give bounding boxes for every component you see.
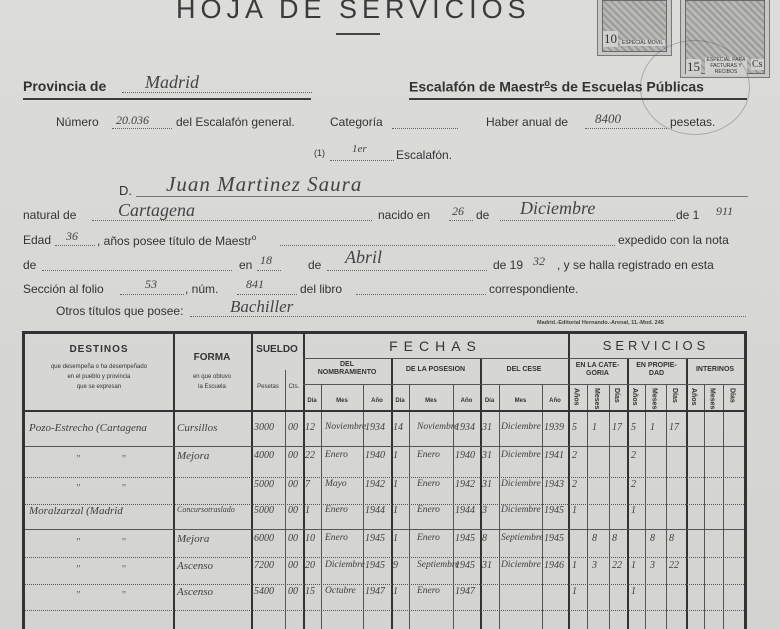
cell-pesetas: 6000 (254, 533, 274, 544)
cell-pos-mes: Enero (417, 533, 440, 543)
destinos-subheader: en el pueblo y provincia (25, 372, 173, 382)
escalafon-line (330, 160, 394, 161)
cell-cat-meses: 8 (592, 533, 597, 544)
note-marker: (1) (314, 148, 325, 158)
cell-cese-dia: 31 (482, 422, 492, 433)
natural-value: Cartagena (118, 200, 195, 221)
cell-nom-ano: 1934 (365, 422, 385, 433)
cell-nom-mes: Noviembre (325, 422, 366, 432)
cell-cese-mes: Diciembre (501, 422, 541, 432)
cell-nom-mes: Enero (325, 533, 348, 543)
cell-cat-anos: 1 (572, 586, 577, 597)
dias-subheader: Días (729, 388, 736, 403)
cell-cat-dias: 17 (612, 422, 622, 433)
cell-cat-anos: 1 (572, 505, 577, 516)
cell-cts: 00 (288, 586, 298, 597)
propiedad-header: EN PROPIE-DAD (627, 362, 686, 378)
cell-nom-dia: 1 (305, 505, 310, 516)
escalafon-general-label: del Escalafón general. (176, 115, 295, 129)
cell-cese-mes: Diciembre (501, 450, 541, 460)
stamp-text: ESPECIAL MOVIL (620, 40, 665, 46)
correspondiente-label: correspondiente. (489, 282, 578, 296)
escalafon-rule (409, 98, 747, 100)
libro-line (356, 294, 486, 295)
cell-cese-ano: 1945 (544, 505, 564, 516)
cell-nom-dia: 20 (305, 560, 315, 571)
dia-subheader: Día (480, 396, 499, 406)
cell-pos-mes: Septiembre (417, 560, 459, 570)
nacido-month-line (500, 220, 675, 221)
forma-subheader: la Escuela (173, 382, 251, 392)
cell-prop-anos: 1 (631, 586, 636, 597)
de-label: de (476, 208, 489, 222)
numero-label: Número (56, 115, 99, 129)
de2-label: de (23, 258, 36, 272)
escalafon-value: 1er (352, 143, 367, 155)
row-divider (303, 358, 744, 359)
cell-pos-dia: 1 (393, 533, 398, 544)
nacido-month: Diciembre (520, 198, 595, 219)
provincia-value: Madrid (145, 72, 199, 93)
cell-cts: 00 (288, 505, 298, 516)
nota-line (42, 270, 232, 271)
col-divider (499, 384, 500, 629)
cell-cts: 00 (288, 450, 298, 461)
cese-header: DEL CESE (480, 366, 568, 373)
de3-label: de (308, 258, 321, 272)
cell-forma: Concursotraslado (177, 505, 235, 514)
ditto-marks: ”” (75, 537, 166, 548)
ditto-marks: ”” (75, 564, 166, 575)
ditto-marks: ”” (75, 483, 166, 494)
anos-subheader: Años (573, 388, 580, 406)
cell-forma: Ascenso (177, 560, 213, 572)
cell-pos-ano: 1942 (455, 479, 475, 490)
nacido-day-line (449, 220, 473, 221)
cell-pos-ano: 1934 (455, 422, 475, 433)
servicios-table: DESTINOS que desempeña o ha desempeñado … (22, 331, 747, 629)
col-divider (285, 370, 286, 629)
cell-pos-dia: 1 (393, 450, 398, 461)
nacido-label: nacido en (378, 208, 430, 222)
col-divider (627, 358, 629, 629)
cell-nom-mes: Enero (325, 450, 348, 460)
folio-line (120, 294, 184, 295)
folio-value: 53 (145, 277, 157, 292)
destinos-subheader: que desempeña o ha desempeñado (25, 362, 173, 372)
publisher-note: Madrid.-Editorial Hernando.-Arenal, 11.-… (537, 320, 664, 326)
titulo-day-line (257, 270, 281, 271)
cell-cat-meses: 1 (592, 422, 597, 433)
anos-subheader: Años (690, 388, 697, 406)
escalafon-title: Escalafón de Maestros de Escuelas Públic… (409, 78, 704, 95)
cell-pos-mes: Enero (417, 586, 440, 596)
ano-subheader: Año (363, 396, 391, 406)
ditto-marks: ”” (75, 454, 166, 465)
dia-subheader: Día (303, 396, 321, 406)
header-bottom-rule (25, 410, 744, 412)
destinos-subheader: que se expresan (25, 382, 173, 392)
cell-cts: 00 (288, 422, 298, 433)
cell-pos-dia: 1 (393, 479, 398, 490)
col-divider (587, 384, 588, 629)
row-divider (25, 610, 744, 611)
col-divider (609, 384, 610, 629)
row-divider (25, 584, 744, 585)
forma-header: FORMA (173, 352, 251, 363)
natural-label: natural de (23, 208, 76, 222)
otros-value: Bachiller (230, 297, 293, 317)
cell-nom-dia: 10 (305, 533, 315, 544)
seccion-label: Sección al folio (23, 282, 104, 296)
cell-cese-dia: 8 (482, 533, 487, 544)
edad-line (55, 245, 95, 246)
posesion-header: DE LA POSESION (391, 366, 480, 373)
col-divider (666, 384, 667, 629)
cell-pesetas: 7200 (254, 560, 274, 571)
num-line (237, 294, 297, 295)
cell-cese-mes: Diciembre (501, 505, 541, 515)
cell-pos-mes: Enero (417, 450, 440, 460)
cell-cese-mes: Diciembre (501, 479, 541, 489)
pesetas-label: pesetas. (670, 115, 715, 129)
row-divider (25, 477, 744, 478)
cell-prop-anos: 1 (631, 560, 636, 571)
titulo-line (280, 245, 615, 246)
cell-cese-ano: 1945 (544, 533, 564, 544)
meses-subheader: Meses (709, 388, 716, 409)
numero-line (112, 128, 172, 129)
edad-label: Edad (23, 233, 51, 247)
cell-cese-mes: Diciembre (501, 560, 541, 570)
cell-prop-anos: 2 (631, 479, 636, 490)
name-value: Juan Martinez Saura (166, 172, 362, 197)
cell-cese-ano: 1939 (544, 422, 564, 433)
cell-pesetas: 5000 (254, 479, 274, 490)
cell-pos-ano: 1940 (455, 450, 475, 461)
cell-pesetas: 3000 (254, 422, 274, 433)
cell-cese-mes: Septiembre (501, 533, 543, 543)
cell-pesetas: 5400 (254, 586, 274, 597)
num-label: , núm. (185, 282, 218, 296)
cell-nom-ano: 1947 (365, 586, 385, 597)
ano-subheader: Año (542, 396, 568, 406)
provincia-rule (23, 98, 311, 100)
cell-nom-ano: 1942 (365, 479, 385, 490)
escalafon-label: Escalafón. (396, 148, 452, 162)
cell-cese-dia: 31 (482, 479, 492, 490)
cell-pos-ano: 1945 (455, 560, 475, 571)
ano-subheader: Año (453, 396, 480, 406)
servicios-header: SERVICIOS (568, 338, 744, 353)
meses-subheader: Meses (651, 388, 658, 409)
cell-pos-mes: Enero (417, 505, 440, 515)
de-year-label: de 1 (676, 208, 699, 222)
cell-cat-dias: 8 (612, 533, 617, 544)
cell-prop-dias: 22 (669, 560, 679, 571)
cell-nom-mes: Diciembre (325, 560, 365, 570)
cell-cese-ano: 1941 (544, 450, 564, 461)
sueldo-header: SUELDO (251, 344, 303, 355)
registrado-label: , y se halla registrado en esta (557, 258, 714, 272)
cell-pos-mes: Enero (417, 479, 440, 489)
meses-subheader: Meses (593, 388, 600, 409)
categoria-header: EN LA CATE-GORIA (568, 362, 627, 378)
cell-pos-dia: 14 (393, 422, 403, 433)
cell-cts: 00 (288, 560, 298, 571)
cell-pos-dia: 1 (393, 586, 398, 597)
cell-cese-ano: 1943 (544, 479, 564, 490)
col-divider (723, 384, 724, 629)
cell-prop-meses: 1 (650, 422, 655, 433)
cell-prop-anos: 5 (631, 422, 636, 433)
cell-nom-ano: 1944 (365, 505, 385, 516)
cell-nom-ano: 1940 (365, 450, 385, 461)
document-title: HOJA DE SERVICIOS (176, 0, 531, 25)
expedido-label: expedido con la nota (618, 233, 729, 247)
col-divider (704, 384, 705, 629)
haber-line (585, 128, 667, 129)
provincia-label: Provincia de (23, 78, 106, 94)
cell-cese-dia: 3 (482, 505, 487, 516)
haber-value: 8400 (595, 111, 621, 127)
destinos-header: DESTINOS (25, 344, 173, 355)
document-page: HOJA DE SERVICIOS 10 ESPECIAL MOVIL 15 E… (0, 0, 780, 629)
edad-value: 36 (66, 229, 78, 244)
cell-prop-dias: 17 (669, 422, 679, 433)
cell-cts: 00 (288, 479, 298, 490)
nacido-year: 911 (716, 204, 733, 219)
col-divider (453, 384, 454, 629)
numero-value: 20.036 (116, 113, 149, 128)
col-divider (645, 384, 646, 629)
cell-nom-ano: 1945 (365, 560, 385, 571)
cell-prop-meses: 3 (650, 560, 655, 571)
cell-nom-dia: 22 (305, 450, 315, 461)
categoria-line (392, 128, 458, 129)
col-divider (409, 384, 410, 629)
cell-cese-ano: 1946 (544, 560, 564, 571)
cell-cts: 00 (288, 533, 298, 544)
cell-cat-dias: 22 (612, 560, 622, 571)
dias-subheader: Días (613, 388, 620, 403)
ditto-marks: ”” (75, 590, 166, 601)
col-divider (321, 384, 322, 629)
cell-nom-dia: 12 (305, 422, 315, 433)
cell-cat-anos: 2 (572, 450, 577, 461)
haber-label: Haber anual de (486, 115, 568, 129)
cell-nom-dia: 15 (305, 586, 315, 597)
cell-pos-mes: Noviembre (417, 422, 458, 432)
col-divider (686, 358, 688, 629)
cell-forma: Cursillos (177, 422, 217, 434)
stamp-unit: Cs (751, 59, 764, 70)
mes-subheader: Mes (499, 396, 542, 406)
cell-pesetas: 4000 (254, 450, 274, 461)
dia-subheader: Día (391, 396, 409, 406)
row-divider (25, 446, 744, 447)
cell-nom-dia: 7 (305, 479, 310, 490)
dias-subheader: Días (671, 388, 678, 403)
cell-nom-mes: Mayo (325, 479, 347, 489)
forma-subheader: en que obtuvo (173, 372, 251, 382)
cell-prop-dias: 8 (669, 533, 674, 544)
mes-subheader: Mes (321, 396, 363, 406)
col-divider (363, 384, 364, 629)
revenue-stamp-10: 10 ESPECIAL MOVIL (597, 0, 672, 56)
cell-cat-anos: 1 (572, 560, 577, 571)
cell-destino: Moralzarzal (Madrid (29, 505, 123, 517)
cell-forma: Mejora (177, 533, 209, 545)
pesetas-header: Pesetas (251, 382, 285, 392)
row-divider (25, 529, 744, 530)
cell-pesetas: 5000 (254, 505, 274, 516)
cell-nom-mes: Octubre (325, 586, 356, 596)
mes-subheader: Mes (409, 396, 453, 406)
cell-cat-anos: 5 (572, 422, 577, 433)
cell-destino: Pozo-Estrecho (Cartagena (29, 422, 147, 434)
cell-forma: Ascenso (177, 586, 213, 598)
titulo-year: 32 (533, 254, 545, 269)
row-divider (25, 557, 744, 558)
anos-subheader: Años (631, 388, 638, 406)
libro-label: del libro (300, 282, 342, 296)
cell-prop-meses: 8 (650, 533, 655, 544)
cell-nom-mes: Enero (325, 505, 348, 515)
cell-pos-dia: 1 (393, 505, 398, 516)
cell-forma: Mejora (177, 450, 209, 462)
categoria-label: Categoría (330, 115, 383, 129)
cell-cat-anos: 2 (572, 479, 577, 490)
nombramiento-header: DELNOMBRAMIENTO (303, 361, 391, 377)
cell-cat-meses: 3 (592, 560, 597, 571)
cts-header: Cts. (285, 382, 303, 392)
cell-pos-ano: 1945 (455, 533, 475, 544)
cell-cese-dia: 31 (482, 450, 492, 461)
en-label: en (239, 258, 252, 272)
cell-pos-ano: 1944 (455, 505, 475, 516)
col-divider (542, 384, 543, 629)
cell-pos-dia: 9 (393, 560, 398, 571)
cell-prop-anos: 1 (631, 505, 636, 516)
nacido-day: 26 (452, 204, 464, 219)
d-label: D. (119, 183, 132, 198)
title-underline (336, 33, 380, 35)
cell-nom-ano: 1945 (365, 533, 385, 544)
cell-pos-ano: 1947 (455, 586, 475, 597)
row-divider (303, 384, 744, 385)
anos-label: , años posee título de Maestro (97, 233, 256, 248)
num-value: 841 (246, 277, 264, 292)
fechas-header: FECHAS (303, 338, 568, 354)
de19-label: de 19 (493, 258, 523, 272)
titulo-month: Abril (345, 247, 382, 268)
otros-label: Otros títulos que posee: (56, 304, 183, 318)
titulo-day: 18 (260, 253, 272, 268)
interinos-header: INTERINOS (686, 366, 744, 373)
cell-prop-anos: 2 (631, 450, 636, 461)
titulo-month-line (327, 270, 487, 271)
cell-cese-dia: 31 (482, 560, 492, 571)
stamp-value: 10 (603, 31, 618, 47)
